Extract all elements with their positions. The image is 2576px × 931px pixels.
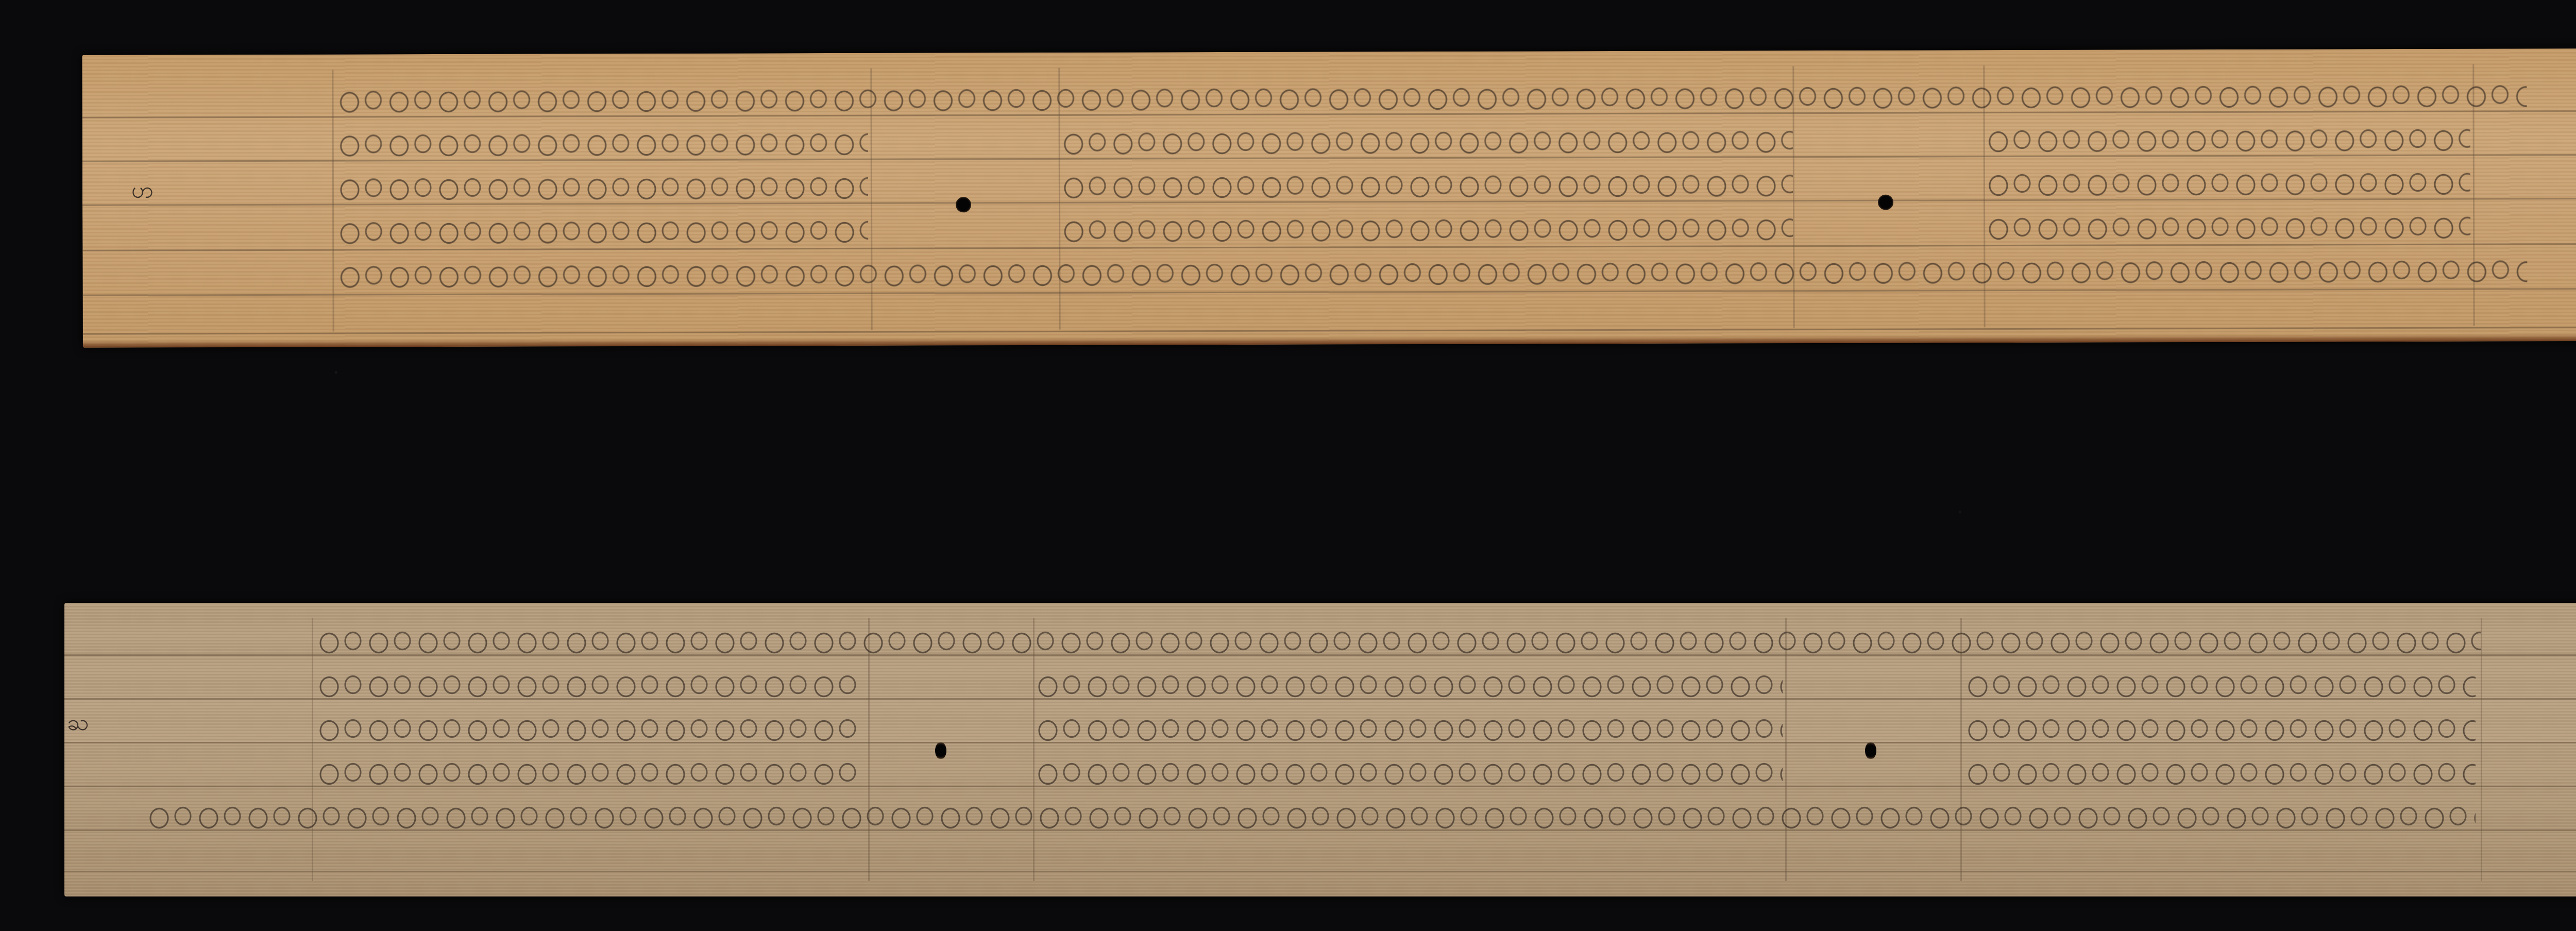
text-line-4 <box>317 750 863 791</box>
text-line-5 <box>337 247 2527 294</box>
text-line-4 <box>1986 204 2470 246</box>
column-rule <box>312 618 313 881</box>
string-hole <box>1865 742 1876 759</box>
string-hole <box>956 197 971 212</box>
text-line-2 <box>1036 662 1783 703</box>
ruling-line <box>64 871 2576 872</box>
palm-leaf-bottom: ႀ <box>64 603 2576 896</box>
string-hole <box>935 742 946 759</box>
string-hole <box>1878 195 1893 210</box>
text-line-3 <box>1965 706 2476 747</box>
text-line-3 <box>1986 160 2470 202</box>
column-rule <box>332 70 334 332</box>
text-line-1 <box>337 72 2527 119</box>
text-line-4 <box>1036 750 1783 791</box>
text-line-3 <box>317 706 863 747</box>
text-line-1 <box>317 618 2481 659</box>
text-line-3 <box>1061 161 1793 205</box>
folio-marker: ဟ <box>131 176 154 209</box>
folio-marker: ႀ <box>67 708 89 741</box>
text-line-2 <box>1061 117 1793 161</box>
text-line-2 <box>1965 662 2476 703</box>
text-line-2 <box>1986 116 2470 158</box>
text-line-4 <box>1061 205 1793 248</box>
text-line-4 <box>337 208 868 250</box>
text-line-3 <box>1036 706 1783 747</box>
palm-leaf-top: ဟ <box>82 48 2576 348</box>
text-line-2 <box>337 120 868 163</box>
text-line-3 <box>337 164 868 207</box>
text-line-5 <box>147 793 2476 835</box>
text-line-4 <box>1965 750 2476 791</box>
column-rule <box>2481 618 2482 881</box>
text-line-2 <box>317 662 863 703</box>
ruling-line <box>83 326 2576 335</box>
